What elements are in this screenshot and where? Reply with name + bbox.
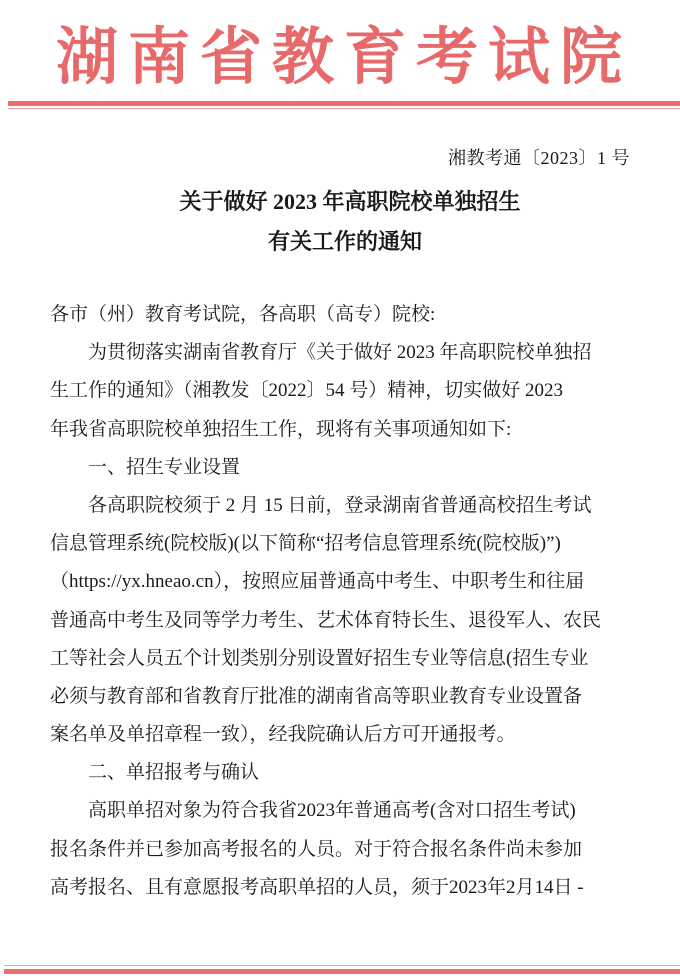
paragraph-line: 报名条件并已参加高考报名的人员。对于符合报名条件尚未参加: [50, 831, 630, 869]
paragraph-line: 生工作的通知》（湘教发〔2022〕54 号）精神，切实做好 2023: [50, 372, 630, 410]
paragraph-line-with-url: （https://yx.hneao.cn），按照应届普通高中考生、中职考生和往届: [50, 563, 630, 601]
paragraph-line: 高职单招对象为符合我省2023年普通高考(含对口招生考试): [50, 792, 630, 830]
footer-rule-thin: [4, 965, 680, 966]
document-body: 各市（州）教育考试院，各高职（高专）院校: 为贯彻落实湖南省教育厅《关于做好 2…: [50, 296, 630, 907]
section-heading-1: 一、招生专业设置: [50, 449, 630, 487]
paragraph-line: 各高职院校须于 2 月 15 日前，登录湖南省普通高校招生考试: [50, 487, 630, 525]
paragraph-line: 信息管理系统(院校版)(以下简称“招考信息管理系统(院校版)”): [50, 525, 630, 563]
paragraph-line: 年我省高职院校单独招生工作，现将有关事项通知如下:: [50, 411, 630, 449]
paragraph-line: 普通高中考生及同等学力考生、艺术体育特长生、退役军人、农民: [50, 602, 630, 640]
section-heading-2: 二、单招报考与确认: [50, 754, 630, 792]
document-number: 湘教考通〔2023〕1 号: [448, 146, 630, 170]
header-rule-thin: [8, 108, 680, 109]
document-title-line-1: 关于做好 2023 年高职院校单独招生: [0, 182, 680, 222]
paragraph-line: 为贯彻落实湖南省教育厅《关于做好 2023 年高职院校单独招: [50, 334, 630, 372]
header-rule-thick: [8, 101, 680, 106]
footer-rule-thick: [4, 969, 680, 974]
salutation: 各市（州）教育考试院，各高职（高专）院校:: [50, 296, 630, 334]
paragraph-line: 高考报名、且有意愿报考高职单招的人员，须于2023年2月14日 -: [50, 869, 630, 907]
paragraph-line: 案名单及单招章程一致），经我院确认后方可开通报考。: [50, 716, 630, 754]
organization-masthead: 湖南省教育考试院: [0, 22, 680, 92]
paragraph-line: 必须与教育部和省教育厅批准的湖南省高等职业教育专业设置备: [50, 678, 630, 716]
paragraph-line: 工等社会人员五个计划类别分别设置好招生专业等信息(招生专业: [50, 640, 630, 678]
document-title-line-2: 有关工作的通知: [0, 222, 680, 262]
